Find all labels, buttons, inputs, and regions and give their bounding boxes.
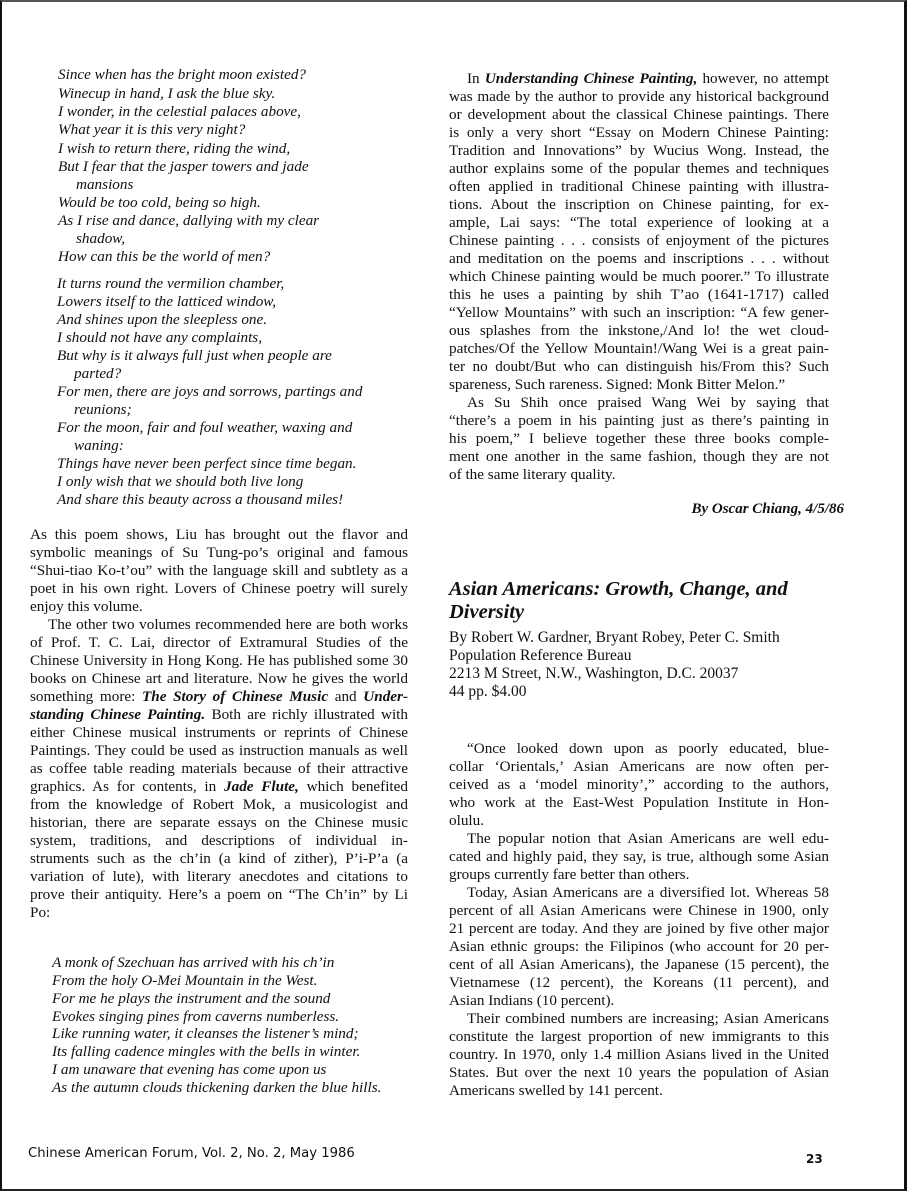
poem-line: I only wish that we should both live lon… xyxy=(57,473,303,491)
review-title-line: Diversity xyxy=(449,601,849,624)
text-line: who work at the East-West Population Ins… xyxy=(449,794,829,812)
publisher-address: 2213 M Street, N.W., Washington, D.C. 20… xyxy=(449,665,780,683)
text-line: often applied in traditional Chinese pai… xyxy=(449,178,829,196)
right-column-body: In Understanding Chinese Painting, howev… xyxy=(449,70,829,484)
text-line: prove their antiquity. Here’s a poem on … xyxy=(30,886,408,904)
text-line: poet in his own right. Lovers of Chinese… xyxy=(30,580,408,598)
page-number: 23 xyxy=(806,1152,823,1166)
text-line: Americans swelled by 141 percent. xyxy=(449,1082,829,1100)
paragraph-diversified-lot: Today, Asian Americans are a diversified… xyxy=(449,884,829,1010)
text-line: and meditation on the poems and inscript… xyxy=(449,250,829,268)
poem-line: It turns round the vermilion chamber, xyxy=(57,275,284,293)
text-line: author explains some of the popular them… xyxy=(449,160,829,178)
text-line: ample, Lai says: “The total experience o… xyxy=(449,214,829,232)
text-line: “Shui-tiao Ko-t’ou” with the language sk… xyxy=(30,562,408,580)
poem-line: For me he plays the instrument and the s… xyxy=(52,990,330,1008)
poem-line: Like running water, it cleanses the list… xyxy=(52,1025,359,1043)
poem-line: And share this beauty across a thousand … xyxy=(57,491,343,509)
text-line: this he uses a painting by shih T’ao (16… xyxy=(449,286,829,304)
paragraph-understanding-chinese-painting: In Understanding Chinese Painting, howev… xyxy=(449,70,829,394)
poem-line: I wish to return there, riding the wind, xyxy=(58,140,290,158)
text-line: tions. About the inscription on Chinese … xyxy=(449,196,829,214)
asian-americans-review-body: “Once looked down upon as poorly educate… xyxy=(449,740,829,1100)
poem-line: Its falling cadence mingles with the bel… xyxy=(52,1043,360,1061)
text-line: of Prof. T. C. Lai, director of Extramur… xyxy=(30,634,408,652)
book-title-jade-flute: Jade Flute, xyxy=(224,778,299,795)
text-line: The popular notion that Asian Americans … xyxy=(449,830,829,848)
poem-line: And shines upon the sleepless one. xyxy=(57,311,267,329)
text-line: Po: xyxy=(30,904,408,922)
text-line: standing Chinese Painting. Both are rich… xyxy=(30,706,408,724)
paragraph-lai-volumes: The other two volumes recommended here a… xyxy=(30,616,408,922)
text-line: Asian ethnic groups: the Filipinos (who … xyxy=(449,938,829,956)
text-line: constitute the largest proportion of new… xyxy=(449,1028,829,1046)
text-line: Their combined numbers are increasing; A… xyxy=(449,1010,829,1028)
poem-line: I wonder, in the celestial palaces above… xyxy=(58,103,301,121)
poem-line: Evokes singing pines from caverns number… xyxy=(52,1008,339,1026)
text-line: “Once looked down upon as poorly educate… xyxy=(449,740,829,758)
text-line: The other two volumes recommended here a… xyxy=(30,616,408,634)
text-line: cated and highly paid, they say, is true… xyxy=(449,848,829,866)
text-line: ter no doubt/But who can distinguish his… xyxy=(449,358,829,376)
pages-and-price: 44 pp. $4.00 xyxy=(449,683,780,701)
text-line: As Su Shih once praised Wang Wei by sayi… xyxy=(449,394,829,412)
magazine-page: Since when has the bright moon existed? … xyxy=(0,0,907,1191)
paragraph-liu-review: As this poem shows, Liu has brought out … xyxy=(30,526,408,616)
poem-line: Since when has the bright moon existed? xyxy=(58,66,306,84)
poem-line-continued: shadow, xyxy=(76,230,125,248)
poem-line: What year it is this very night? xyxy=(58,121,245,139)
poem-line: Would be too cold, being so high. xyxy=(58,194,261,212)
text-line: Chinese University in Hong Kong. He has … xyxy=(30,652,408,670)
text-line: groups currently fare better than others… xyxy=(449,866,829,884)
text-line: his poem,” I believe together these thre… xyxy=(449,430,829,448)
text-line: enjoy this volume. xyxy=(30,598,408,616)
text-line: olulu. xyxy=(449,812,829,830)
text-line: “Yellow Mountains” with such an inscript… xyxy=(449,304,829,322)
text-line: Today, Asian Americans are a diversified… xyxy=(449,884,829,902)
text-line: “there’s a poem in his painting just as … xyxy=(449,412,829,430)
book-title-understanding-chinese-painting: Under- xyxy=(363,688,408,705)
text-line: Paintings. They could be used as instruc… xyxy=(30,742,408,760)
poem-line: As the autumn clouds thickening darken t… xyxy=(52,1079,381,1097)
left-column-body: As this poem shows, Liu has brought out … xyxy=(30,526,408,922)
text-line: is only a very short “Essay on Modern Ch… xyxy=(449,124,829,142)
footer-citation: Chinese American Forum, Vol. 2, No. 2, M… xyxy=(28,1146,355,1161)
text-line: struments such as the ch’in (a kind of z… xyxy=(30,850,408,868)
book-title-understanding-chinese-painting: Understanding Chinese Painting, xyxy=(485,70,697,87)
poem-line: I am unaware that evening has come upon … xyxy=(52,1061,326,1079)
text-line: Chinese painting . . . consists of enjoy… xyxy=(449,232,829,250)
text-line: either Chinese musical instruments or re… xyxy=(30,724,408,742)
text-line: system, traditions, and descriptions of … xyxy=(30,832,408,850)
text-line: patches/Of the Yellow Mountain!/Wang Wei… xyxy=(449,340,829,358)
poem-line: How can this be the world of men? xyxy=(58,248,270,266)
poem-line-continued: mansions xyxy=(76,176,133,194)
poem-line: For the moon, fair and foul weather, wax… xyxy=(57,419,352,437)
text-span: Both are richly illustrated with xyxy=(205,706,408,723)
text-line: In Understanding Chinese Painting, howev… xyxy=(449,70,829,88)
book-title-understanding-chinese-painting: standing Chinese Painting. xyxy=(30,706,205,723)
poem-line-continued: reunions; xyxy=(74,401,132,419)
text-line: was made by the author to provide any hi… xyxy=(449,88,829,106)
text-span: graphics. As for contents, in xyxy=(30,778,224,795)
poem-line: But I fear that the jasper towers and ja… xyxy=(58,158,309,176)
bibliographic-info: By Robert W. Gardner, Bryant Robey, Pete… xyxy=(449,629,780,701)
review-title-line: Asian Americans: Growth, Change, and xyxy=(449,578,849,601)
text-line: ous splashes from the inkstone,/And lo! … xyxy=(449,322,829,340)
text-line: historian, there are separate essays on … xyxy=(30,814,408,832)
text-line: cent of all Asian Americans), the Japane… xyxy=(449,956,829,974)
paragraph-model-minority: “Once looked down upon as poorly educate… xyxy=(449,740,829,830)
text-line: something more: The Story of Chinese Mus… xyxy=(30,688,408,706)
poem-line: From the holy O-Mei Mountain in the West… xyxy=(52,972,317,990)
poem-line-continued: waning: xyxy=(74,437,124,455)
text-line: States. But over the next 10 years the p… xyxy=(449,1064,829,1082)
review-title: Asian Americans: Growth, Change, and Div… xyxy=(449,578,849,624)
poem-line: A monk of Szechuan has arrived with his … xyxy=(52,954,334,972)
text-span: and xyxy=(328,688,363,705)
text-line: percent of all Asian Americans were Chin… xyxy=(449,902,829,920)
book-title-story-of-chinese-music: The Story of Chinese Music xyxy=(142,688,328,705)
text-line: collar ‘Orientals,’ Asian Americans are … xyxy=(449,758,829,776)
text-line: Tradition and Innovations” by Wucius Won… xyxy=(449,142,829,160)
text-line: As this poem shows, Liu has brought out … xyxy=(30,526,408,544)
text-line: symbolic meanings of Su Tung-po’s origin… xyxy=(30,544,408,562)
text-line: which Chinese painting would be much poo… xyxy=(449,268,829,286)
poem-line: Lowers itself to the latticed window, xyxy=(57,293,276,311)
poem-line: For men, there are joys and sorrows, par… xyxy=(57,383,362,401)
text-line: ment one another in the same fashion, th… xyxy=(449,448,829,466)
book-authors: By Robert W. Gardner, Bryant Robey, Pete… xyxy=(449,629,780,647)
text-line: graphics. As for contents, in Jade Flute… xyxy=(30,778,408,796)
text-line: 21 percent are today. And they are joine… xyxy=(449,920,829,938)
poem-line: Winecup in hand, I ask the blue sky. xyxy=(58,85,275,103)
text-line: from the knowledge of Robert Mok, a musi… xyxy=(30,796,408,814)
paragraph-su-shih: As Su Shih once praised Wang Wei by sayi… xyxy=(449,394,829,484)
text-line: books on Chinese art and literature. Now… xyxy=(30,670,408,688)
text-span: something more: xyxy=(30,688,142,705)
poem-line-continued: parted? xyxy=(74,365,121,383)
paragraph-combined-numbers: Their combined numbers are increasing; A… xyxy=(449,1010,829,1100)
text-line: spareness, Such rareness. Signed: Monk B… xyxy=(449,376,829,394)
text-span: however, no attempt xyxy=(697,70,829,87)
text-line: or development about the classical Chine… xyxy=(449,106,829,124)
poem-line: As I rise and dance, dallying with my cl… xyxy=(58,212,319,230)
text-line: variation of lute), with literary anecdo… xyxy=(30,868,408,886)
text-line: Vietnamese (12 percent), the Koreans (11… xyxy=(449,974,829,992)
text-line: as coffee table reading materials becaus… xyxy=(30,760,408,778)
poem-line: But why is it always full just when peop… xyxy=(57,347,332,365)
paragraph-popular-notion: The popular notion that Asian Americans … xyxy=(449,830,829,884)
review-byline: By Oscar Chiang, 4/5/86 xyxy=(691,501,844,518)
text-line: Asian Indians (10 percent). xyxy=(449,992,829,1010)
text-span: which benefited xyxy=(299,778,408,795)
book-publisher: Population Reference Bureau xyxy=(449,647,780,665)
text-span: In xyxy=(467,70,485,87)
poem-line: I should not have any complaints, xyxy=(57,329,262,347)
text-line: ceived as a ‘model minority’,” according… xyxy=(449,776,829,794)
poem-line: Things have never been perfect since tim… xyxy=(57,455,356,473)
text-line: of the same literary quality. xyxy=(449,466,829,484)
text-line: country. In 1970, only 1.4 million Asian… xyxy=(449,1046,829,1064)
